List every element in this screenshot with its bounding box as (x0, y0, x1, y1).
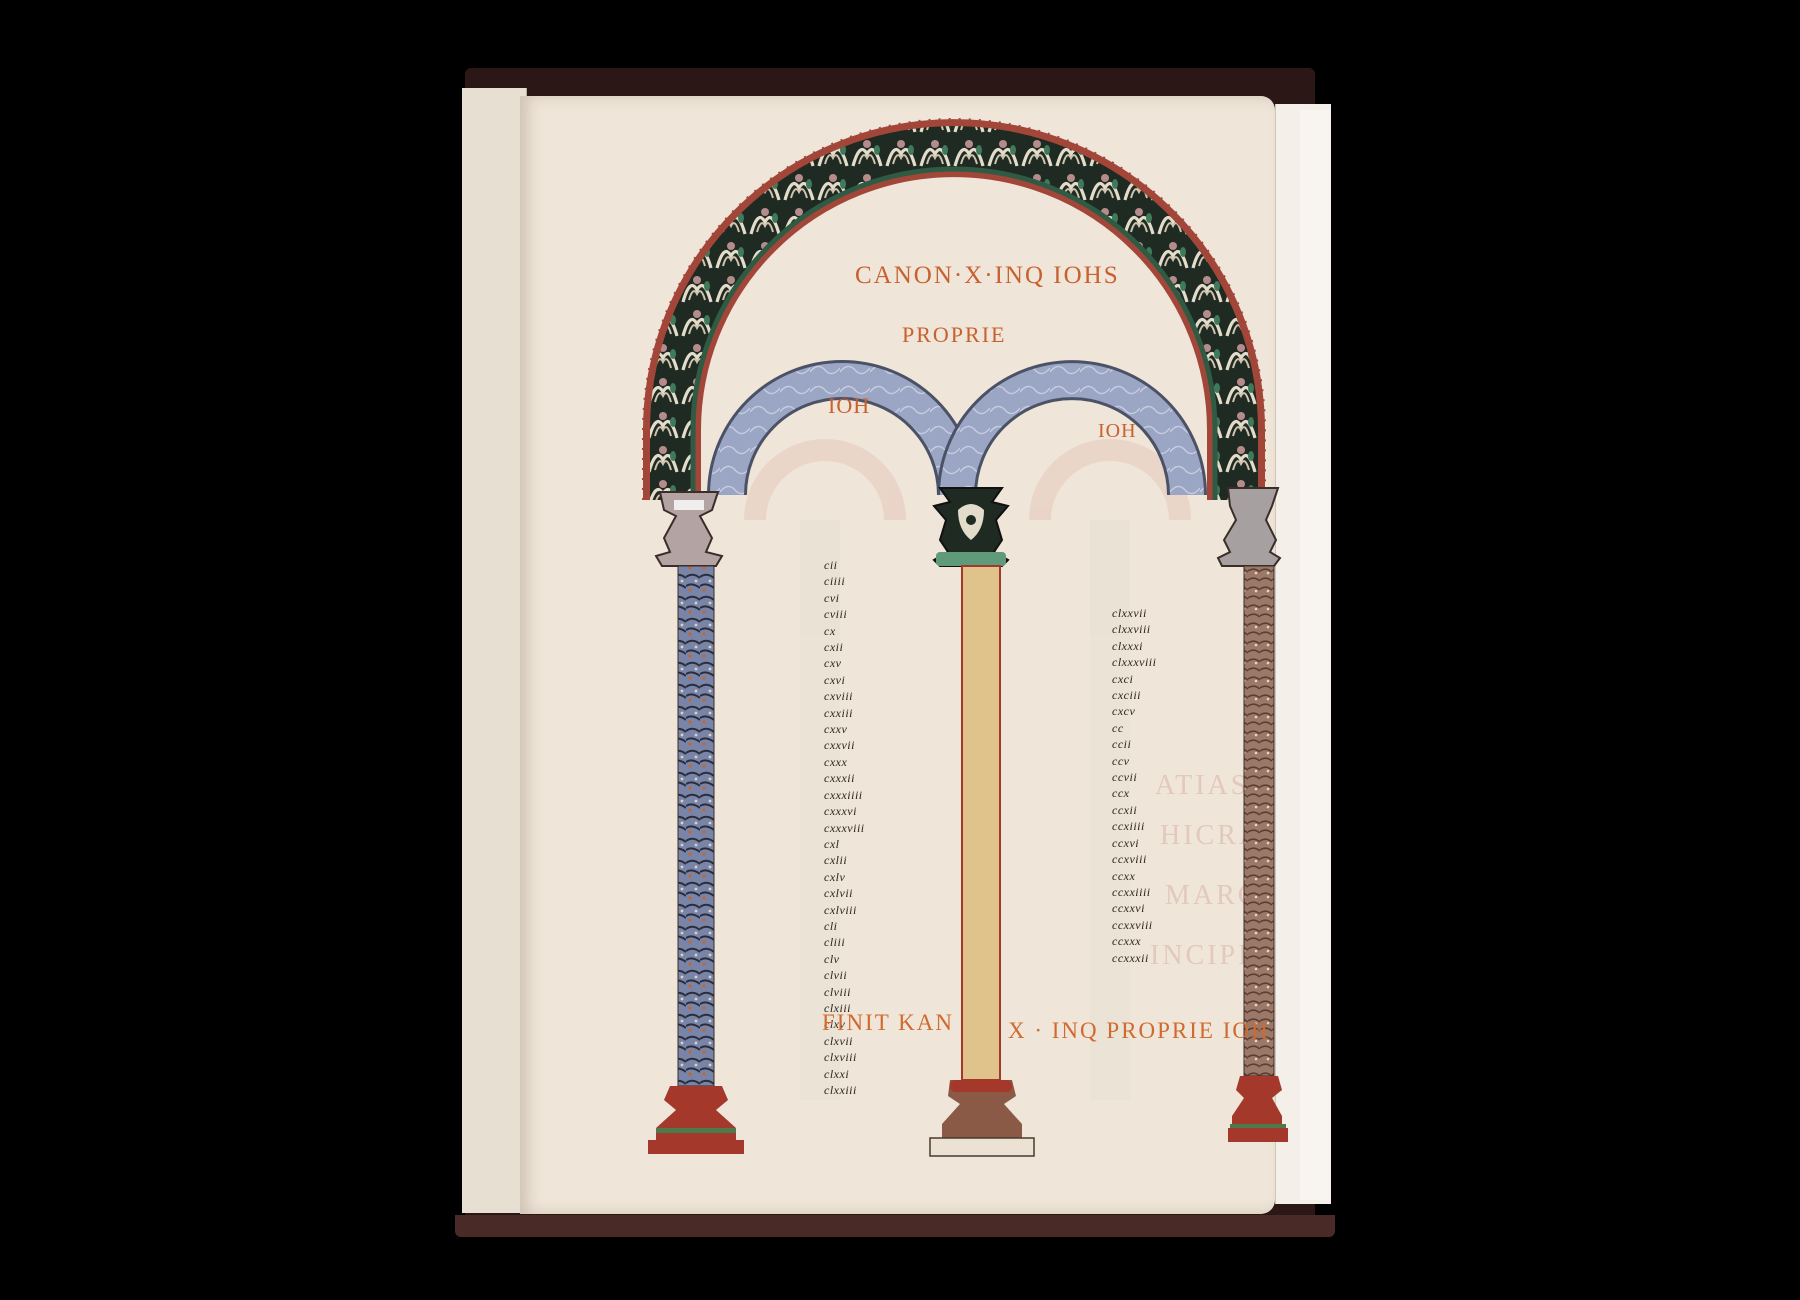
numeral: ciiii (824, 573, 865, 589)
numeral: cxvi (824, 672, 865, 688)
canon-title: CANON·X·INQ IOHS (855, 262, 1120, 290)
numeral: ccxii (1112, 802, 1156, 818)
numeral: clxviii (824, 1049, 865, 1065)
numeral: cli (824, 918, 865, 934)
numeral: ccxviii (1112, 851, 1156, 867)
numeral: cxviii (824, 688, 865, 704)
numeral: cxl (824, 836, 865, 852)
numeral: cxxxiiii (824, 787, 865, 803)
numeral: cxxiii (824, 705, 865, 721)
numeral: clxxviii (1112, 621, 1156, 637)
numeral: clvii (824, 967, 865, 983)
column-header-left: IOH (828, 393, 870, 419)
numeral: ccxxvi (1112, 900, 1156, 916)
numeral-column-right: clxxvii clxxviii clxxxi clxxxviii cxci c… (1112, 605, 1156, 966)
numeral: clxxxviii (1112, 654, 1156, 670)
numeral: cii (824, 557, 865, 573)
numeral: ccxxiiii (1112, 884, 1156, 900)
numeral: ccv (1112, 753, 1156, 769)
numeral: cxci (1112, 671, 1156, 687)
numeral: ccvii (1112, 769, 1156, 785)
numeral: cxxx (824, 754, 865, 770)
closing-rubric-right: X · INQ PROPRIE IOH (1008, 1018, 1270, 1044)
canon-subtitle: PROPRIE (902, 322, 1006, 348)
numeral: cx (824, 623, 865, 639)
closing-rubric-left: FINIT KAN (822, 1010, 954, 1036)
numeral: cxxxvi (824, 803, 865, 819)
numeral: ccxiiii (1112, 818, 1156, 834)
numeral: cxciii (1112, 687, 1156, 703)
numeral: cvi (824, 590, 865, 606)
numeral: clv (824, 951, 865, 967)
numeral: ccii (1112, 736, 1156, 752)
numeral: ccx (1112, 785, 1156, 801)
numeral: cxlv (824, 869, 865, 885)
numeral: cxlii (824, 852, 865, 868)
numeral: clxxiii (824, 1082, 865, 1098)
numeral: cxxxii (824, 770, 865, 786)
numeral: cxxvii (824, 737, 865, 753)
center-column (930, 488, 1034, 1156)
canon-table-arcade (0, 0, 1800, 1300)
numeral: clxxi (824, 1066, 865, 1082)
numeral: clviii (824, 984, 865, 1000)
numeral: cxii (824, 639, 865, 655)
numeral: ccxxxii (1112, 950, 1156, 966)
numeral: clxxvii (1112, 605, 1156, 621)
numeral: cxxv (824, 721, 865, 737)
column-header-right: IOH (1098, 420, 1137, 443)
numeral: ccxvi (1112, 835, 1156, 851)
numeral: cxlviii (824, 902, 865, 918)
numeral: cxcv (1112, 703, 1156, 719)
numeral: cc (1112, 720, 1156, 736)
numeral: cxv (824, 655, 865, 671)
numeral: ccxxviii (1112, 917, 1156, 933)
numeral: cxxxviii (824, 820, 865, 836)
numeral: ccxxx (1112, 933, 1156, 949)
numeral: cliii (824, 934, 865, 950)
numeral: cviii (824, 606, 865, 622)
numeral: cxlvii (824, 885, 865, 901)
left-column (648, 492, 744, 1154)
numeral: ccxx (1112, 868, 1156, 884)
numeral: clxxxi (1112, 638, 1156, 654)
